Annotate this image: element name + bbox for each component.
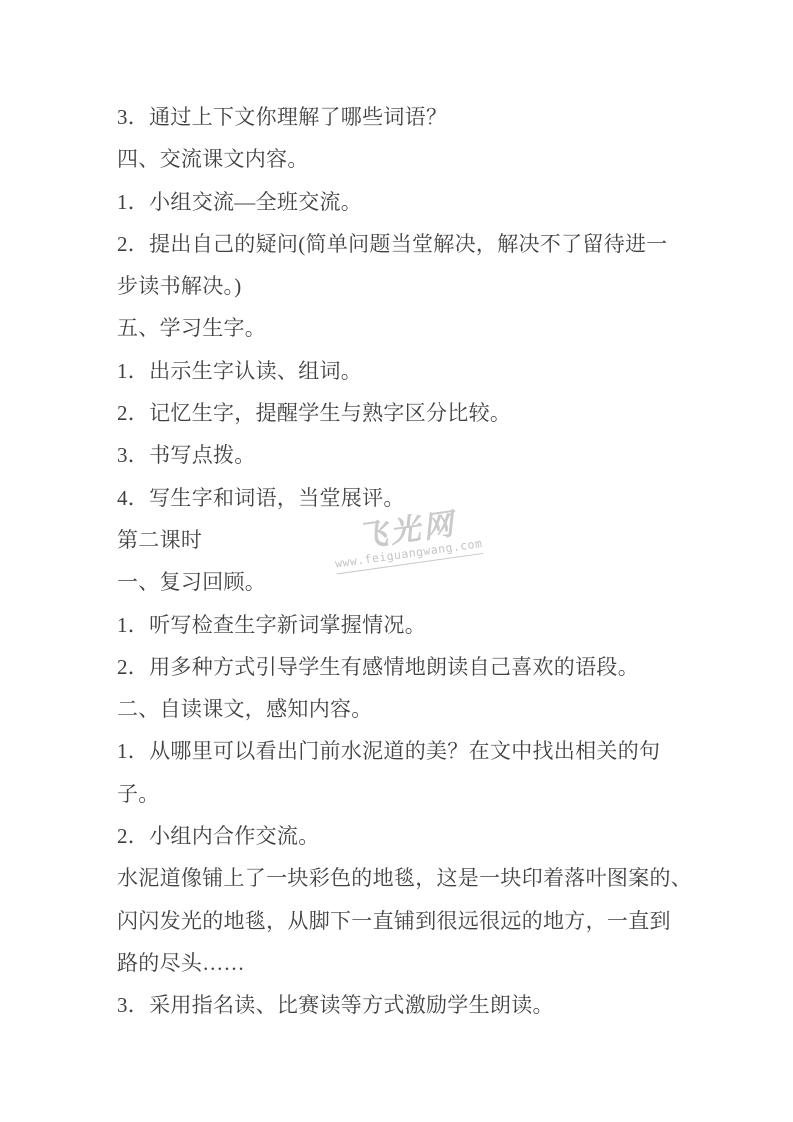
text-line: 水泥道像铺上了一块彩色的地毯，这是一块印着落叶图案的、 [117,857,697,899]
text-line: 第二课时 [117,519,697,561]
text-line: 3．采用指名读、比赛读等方式激励学生朗读。 [117,984,697,1026]
text-line: 一、复习回顾。 [117,561,697,603]
text-line: 1．从哪里可以看出门前水泥道的美？在文中找出相关的句 [117,730,697,772]
text-line: 步读书解决。) [117,265,697,307]
text-line: 1．听写检查生字新词掌握情况。 [117,604,697,646]
text-line: 2．用多种方式引导学生有感情地朗读自己喜欢的语段。 [117,646,697,688]
text-line: 路的尽头…… [117,942,697,984]
text-line: 2．小组内合作交流。 [117,815,697,857]
text-line: 子。 [117,773,697,815]
text-line: 二、自读课文，感知内容。 [117,688,697,730]
text-line: 4．写生字和词语，当堂展评。 [117,477,697,519]
text-line: 2．提出自己的疑问(简单问题当堂解决，解决不了留待进一 [117,223,697,265]
text-line: 1．出示生字认读、组词。 [117,350,697,392]
text-line: 1．小组交流—全班交流。 [117,181,697,223]
document-page: 3．通过上下文你理解了哪些词语？四、交流课文内容。1．小组交流—全班交流。2．提… [0,0,793,1122]
text-line: 3．通过上下文你理解了哪些词语？ [117,96,697,138]
text-block: 3．通过上下文你理解了哪些词语？四、交流课文内容。1．小组交流—全班交流。2．提… [117,96,697,1027]
text-line: 3．书写点拨。 [117,434,697,476]
text-line: 五、学习生字。 [117,307,697,349]
text-line: 2．记忆生字，提醒学生与熟字区分比较。 [117,392,697,434]
text-line: 闪闪发光的地毯，从脚下一直铺到很远很远的地方，一直到 [117,900,697,942]
text-line: 四、交流课文内容。 [117,138,697,180]
